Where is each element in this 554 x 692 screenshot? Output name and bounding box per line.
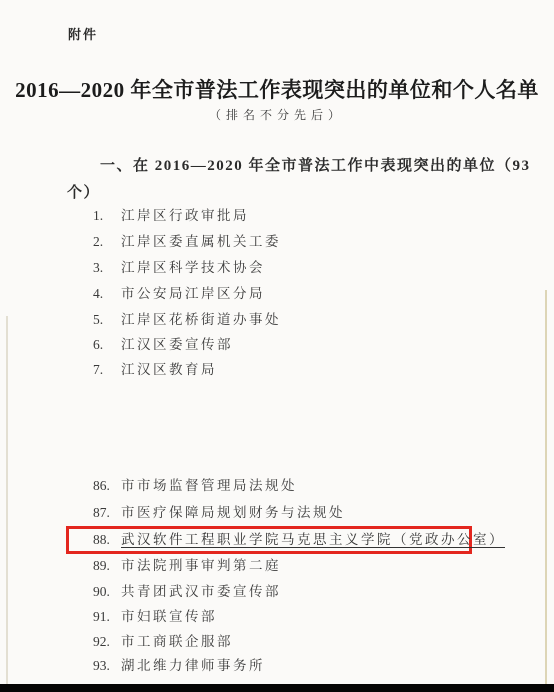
item-number: 4. (93, 285, 103, 303)
item-name: 江岸区行政审批局 (121, 207, 249, 225)
item-number: 93. (93, 657, 110, 675)
item-name: 市妇联宣传部 (121, 608, 217, 626)
item-number: 7. (93, 361, 103, 379)
item-number: 1. (93, 207, 103, 225)
item-name: 江岸区委直属机关工委 (121, 233, 281, 251)
item-name: 江汉区教育局 (121, 361, 217, 379)
item-name: 武汉软件工程职业学院马克思主义学院（党政办公室） (121, 531, 505, 549)
document-page: 附件 2016—2020 年全市普法工作表现突出的单位和个人名单 （排名不分先后… (0, 0, 554, 692)
item-name: 江岸区花桥街道办事处 (121, 311, 281, 329)
section-heading-line1: 一、在 2016—2020 年全市普法工作中表现突出的单位（93 (100, 154, 531, 175)
item-name: 江岸区科学技术协会 (121, 259, 265, 277)
item-number: 89. (93, 557, 110, 575)
item-number: 87. (93, 504, 110, 522)
item-number: 86. (93, 477, 110, 495)
item-number: 5. (93, 311, 103, 329)
item-number: 92. (93, 633, 110, 651)
item-number: 2. (93, 233, 103, 251)
item-number: 90. (93, 583, 110, 601)
page-edge-line-right (545, 290, 547, 684)
item-name: 共青团武汉市委宣传部 (121, 583, 281, 601)
item-name: 市市场监督管理局法规处 (121, 477, 297, 495)
item-number: 91. (93, 608, 110, 626)
document-title: 2016—2020 年全市普法工作表现突出的单位和个人名单 (0, 74, 554, 104)
item-name: 湖北维力律师事务所 (121, 657, 265, 675)
item-name: 市法院刑事审判第二庭 (121, 557, 281, 575)
document-subtitle: （排名不分先后） (0, 106, 554, 123)
section-heading-line2: 个） (67, 181, 100, 202)
page-edge-line-left (6, 316, 8, 684)
item-name: 市公安局江岸区分局 (121, 285, 265, 303)
item-number: 88. (93, 531, 110, 549)
item-number: 3. (93, 259, 103, 277)
item-number: 6. (93, 336, 103, 354)
item-name: 市工商联企服部 (121, 633, 233, 651)
attachment-label: 附件 (68, 24, 98, 43)
scan-bottom-bar (0, 684, 554, 692)
item-name: 市医疗保障局规划财务与法规处 (121, 504, 345, 522)
item-name: 江汉区委宣传部 (121, 336, 233, 354)
